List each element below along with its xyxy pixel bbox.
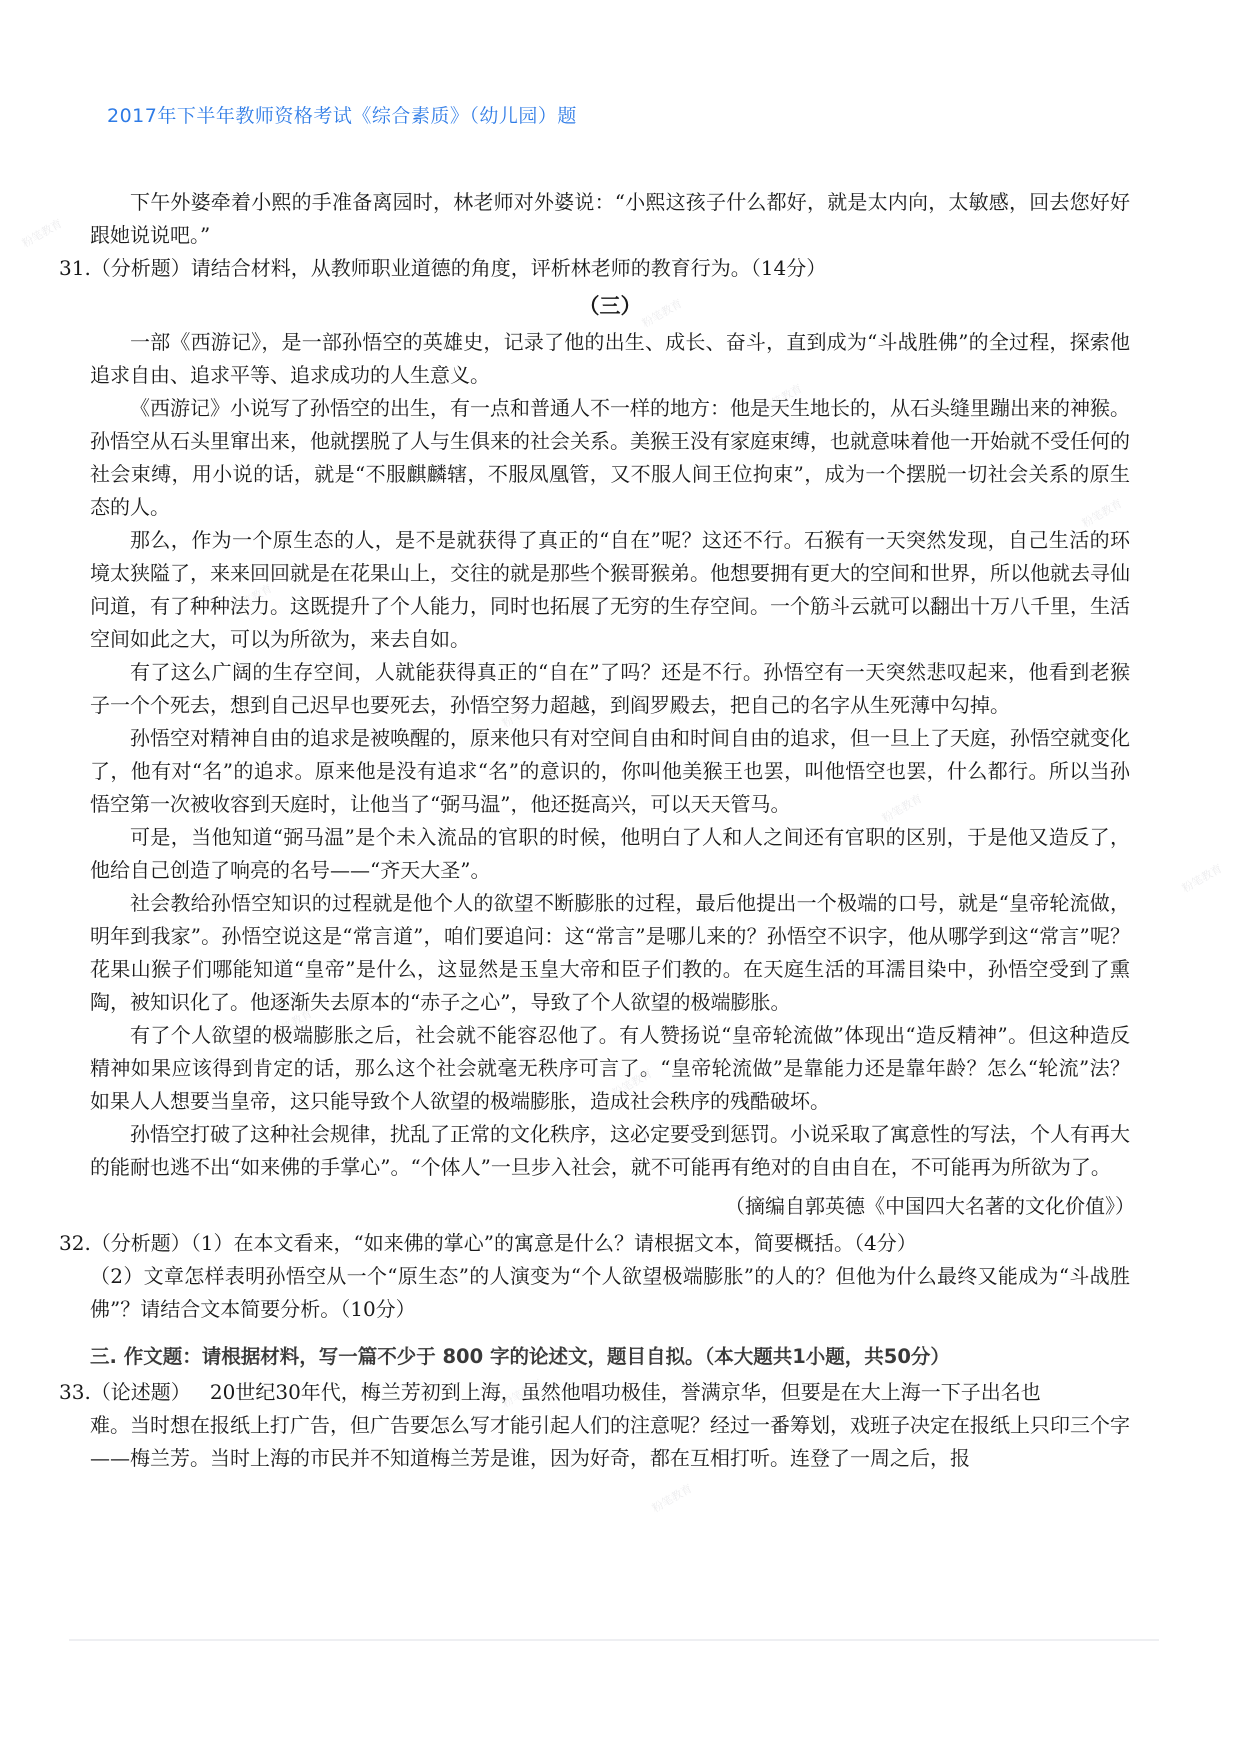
material-paragraph: 下午外婆牵着小熙的手准备离园时，林老师对外婆说：“小熙这孩子什么都好，就是太内向… — [90, 186, 1130, 252]
passage-paragraph: 《西游记》小说写了孙悟空的出生，有一点和普通人不一样的地方：他是天生地长的，从石… — [90, 392, 1130, 524]
passage-paragraph: 那么，作为一个原生态的人，是不是就获得了真正的“自在”呢？这还不行。石猴有一天突… — [90, 524, 1130, 656]
question-32-part1: 32.（分析题）（1）在本文看来，“如来佛的掌心”的寓意是什么？请根据文本，简要… — [59, 1227, 1130, 1260]
passage-paragraph: 有了个人欲望的极端膨胀之后，社会就不能容忍他了。有人赞扬说“皇帝轮流做”体现出“… — [90, 1019, 1130, 1118]
question-33-text: 20世纪30年代，梅兰芳初到上海，虽然他唱功极佳，誉满京华，但要是在大上海一下子… — [210, 1380, 1041, 1404]
question-31: 31.（分析题）请结合材料，从教师职业道德的角度，评析林老师的教育行为。（14分… — [59, 252, 1130, 285]
watermark: 粉笔教育 — [1179, 860, 1225, 896]
essay-section-heading: 三. 作文题：请根据材料，写一篇不少于 800 字的论述文，题目自拟。（本大题共… — [90, 1342, 1130, 1372]
document-body: 下午外婆牵着小熙的手准备离园时，林老师对外婆说：“小熙这孩子什么都好，就是太内向… — [90, 186, 1130, 1475]
question-32-part2: （2）文章怎样表明孙悟空从一个“原生态”的人演变为“个人欲望极端膨胀”的人的？但… — [90, 1260, 1130, 1326]
passage-paragraph: 孙悟空对精神自由的追求是被唤醒的，原来他只有对空间自由和时间自由的追求，但一旦上… — [90, 722, 1130, 821]
passage-heading: （三） — [90, 289, 1130, 322]
question-33-label: 33.（论述题） — [59, 1380, 191, 1404]
passage-paragraph: 一部《西游记》，是一部孙悟空的英雄史，记录了他的出生、成长、奋斗，直到成为“斗战… — [90, 326, 1130, 392]
passage-paragraph: 有了这么广阔的生存空间，人就能获得真正的“自在”了吗？还是不行。孙悟空有一天突然… — [90, 656, 1130, 722]
document-title: 2017年下半年教师资格考试《综合素质》（幼儿园）题 — [107, 101, 577, 128]
passage-source: （摘编自郭英德《中国四大名著的文化价值》） — [90, 1190, 1135, 1223]
watermark: 粉笔教育 — [19, 215, 65, 251]
question-33-continued: 难。当时想在报纸上打广告，但广告要怎么写才能引起人们的注意呢？经过一番筹划，戏班… — [90, 1409, 1130, 1475]
watermark: 粉笔教育 — [649, 1480, 695, 1516]
passage-paragraph: 孙悟空打破了这种社会规律，扰乱了正常的文化秩序，这必定要受到惩罚。小说采取了寓意… — [90, 1118, 1130, 1184]
page-footer-divider — [69, 1639, 1159, 1641]
question-33: 33.（论述题） 20世纪30年代，梅兰芳初到上海，虽然他唱功极佳，誉满京华，但… — [59, 1376, 1130, 1409]
passage-paragraph: 可是，当他知道“弼马温”是个未入流品的官职的时候，他明白了人和人之间还有官职的区… — [90, 821, 1130, 887]
passage-paragraph: 社会教给孙悟空知识的过程就是他个人的欲望不断膨胀的过程，最后他提出一个极端的口号… — [90, 887, 1130, 1019]
